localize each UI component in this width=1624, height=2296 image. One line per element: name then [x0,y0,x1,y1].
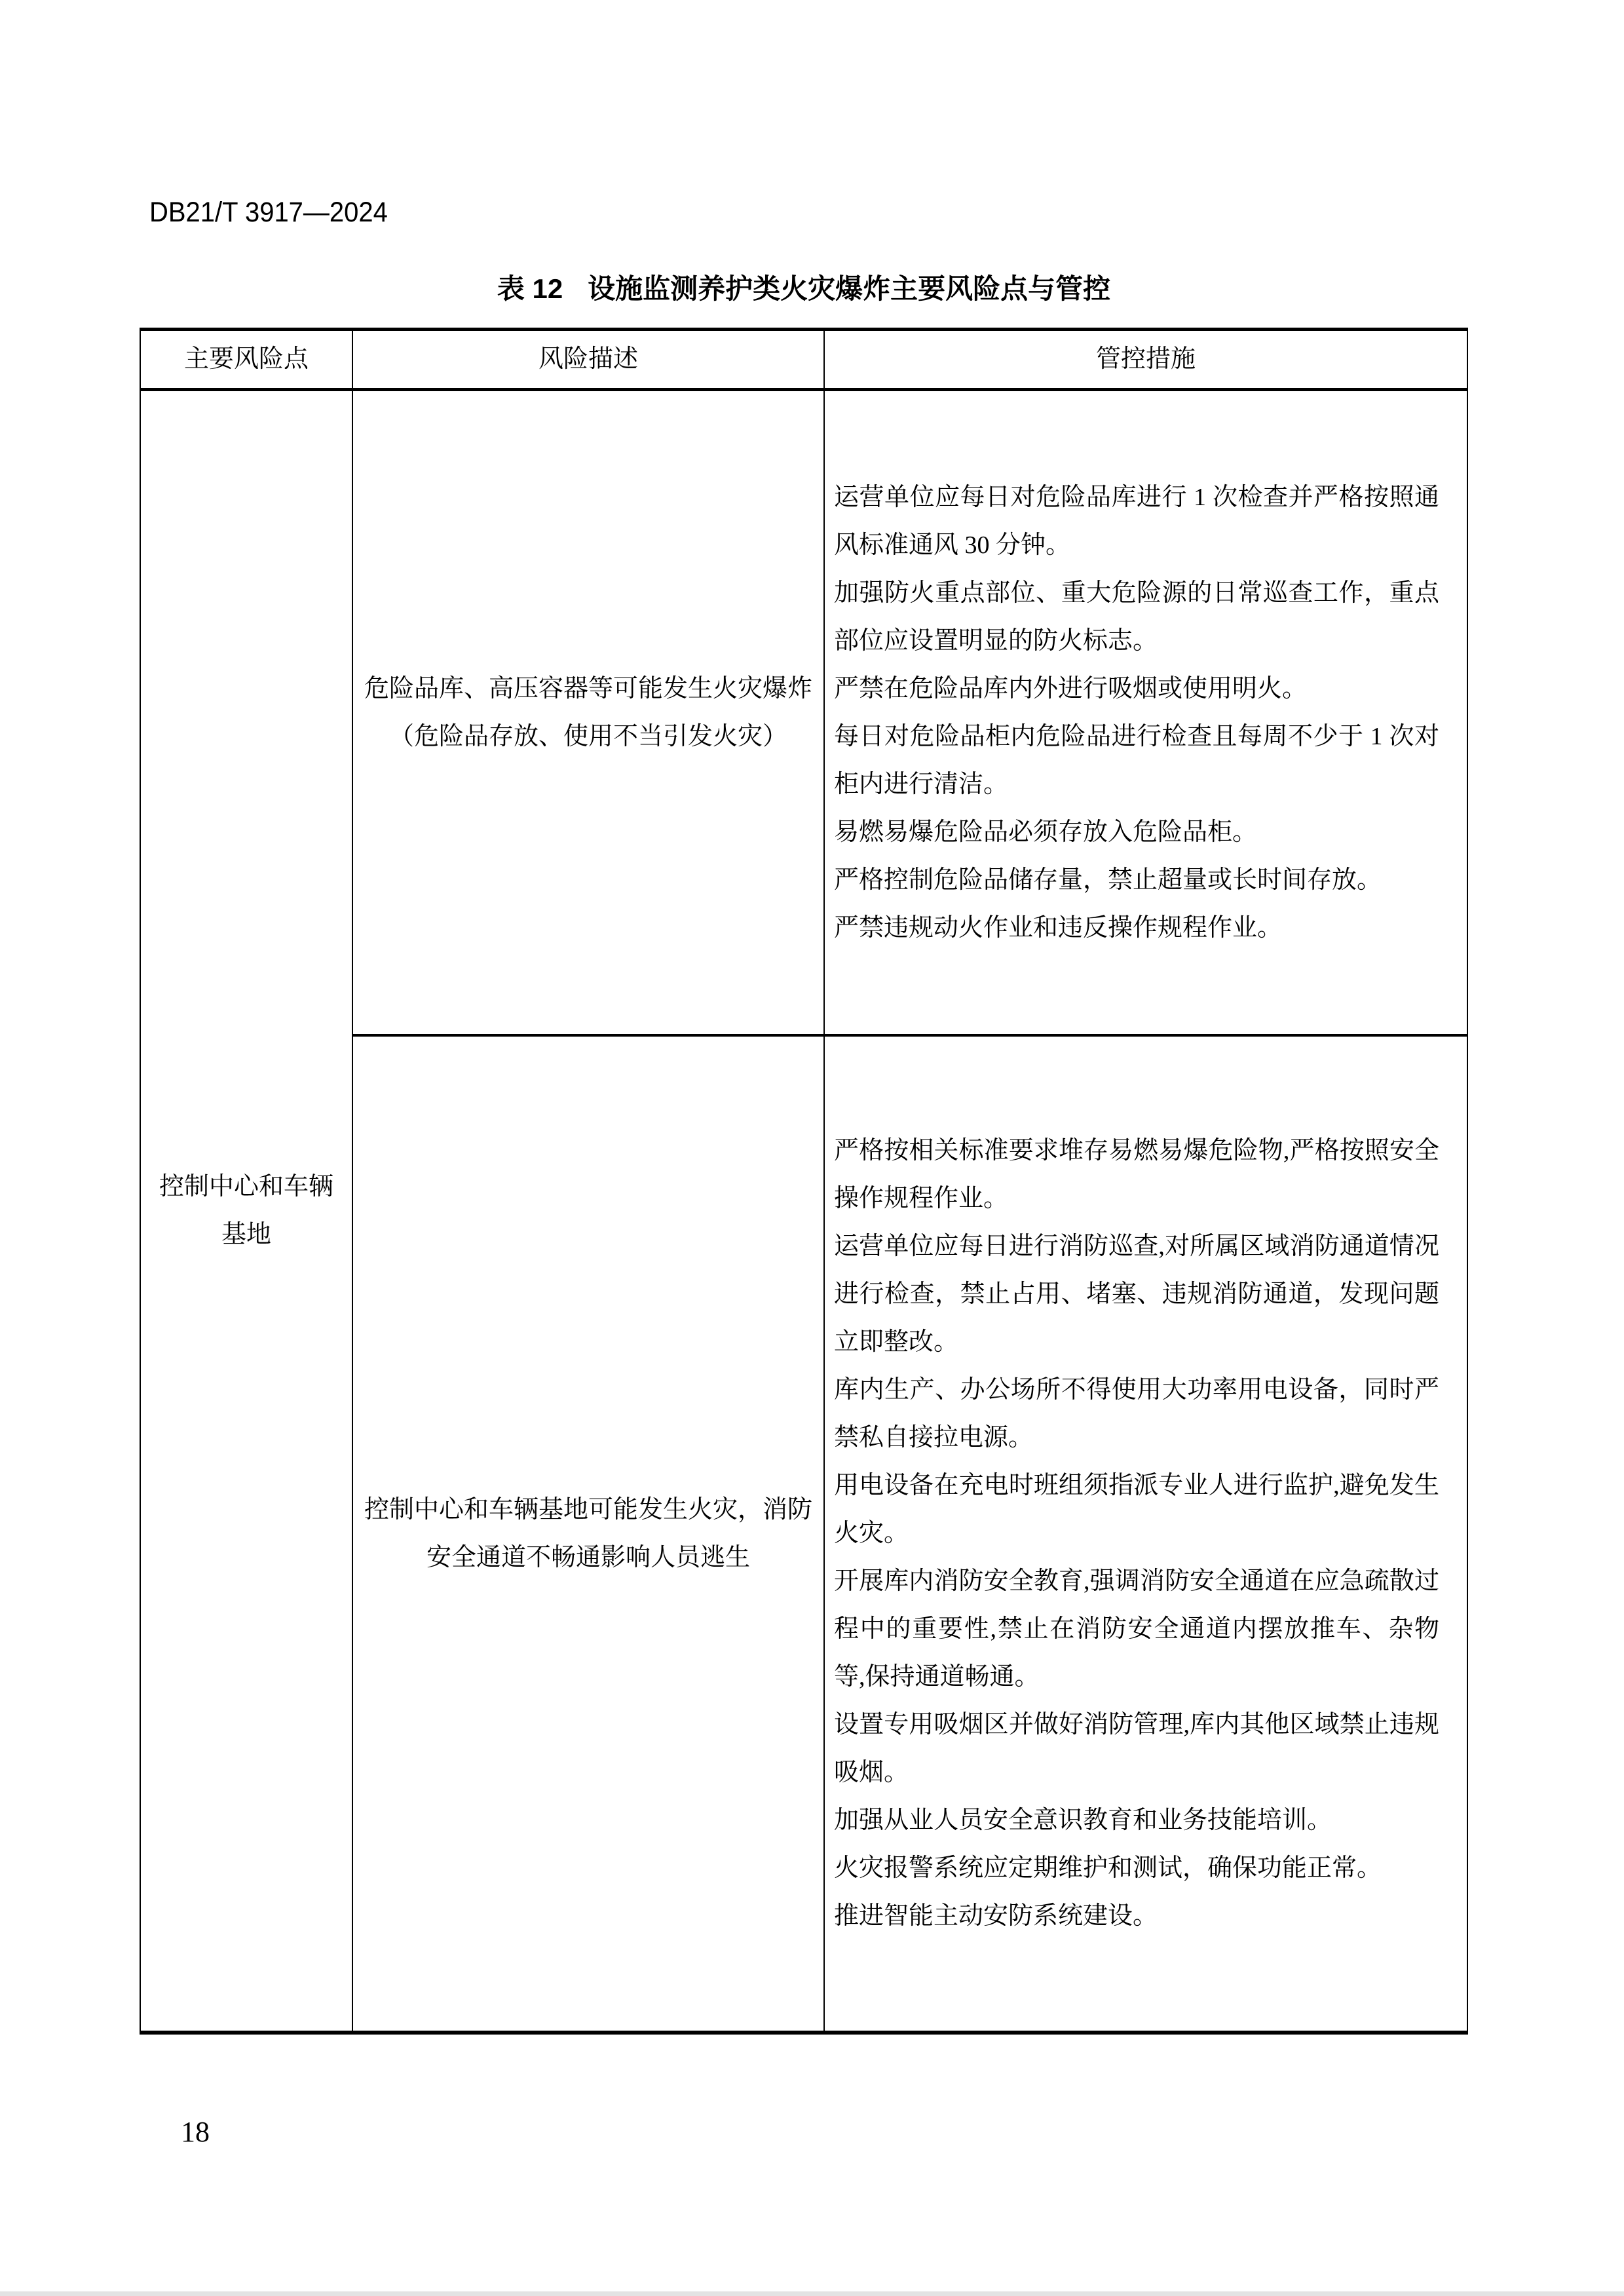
measure-item: 库内生产、办公场所不得使用大功率用电设备，同时严禁私自接拉电源。 [834,1366,1439,1462]
measure-item: 推进智能主动安防系统建设。 [834,1892,1439,1940]
measure-item: 运营单位应每日进行消防巡查,对所属区域消防通道情况进行检查，禁止占用、堵塞、违规… [834,1223,1439,1366]
measure-item: 加强从业人员安全意识教育和业务技能培训。 [834,1797,1439,1845]
measure-item: 加强防火重点部位、重大危险源的日常巡查工作，重点部位应设置明显的防火标志。 [834,569,1439,665]
table-caption-label: 表 12 [497,273,563,304]
measure-item: 严格控制危险品储存量，禁止超量或长时间存放。 [834,856,1439,904]
measure-item: 设置专用吸烟区并做好消防管理,库内其他区域禁止违规吸烟。 [834,1701,1439,1797]
measure-item: 开展库内消防安全教育,强调消防安全通道在应急疏散过程中的重要性,禁止在消防安全通… [834,1558,1439,1701]
table-caption-title: 设施监测养护类火灾爆炸主要风险点与管控 [588,273,1110,304]
document-page: DB21/T 3917—2024 表 12设施监测养护类火灾爆炸主要风险点与管控… [0,0,1624,2296]
control-measures-cell-row2: 严格按相关标准要求堆存易燃易爆危险物,严格按照安全操作规程作业。 运营单位应每日… [825,1037,1467,2031]
column-header-risk-point: 主要风险点 [141,331,353,391]
page-number: 18 [181,2115,210,2149]
column-header-measures: 管控措施 [825,331,1467,391]
measure-item: 严格按相关标准要求堆存易燃易爆危险物,严格按照安全操作规程作业。 [834,1127,1439,1223]
viewport-bottom-edge [0,2291,1624,2296]
measure-item: 运营单位应每日对危险品库进行 1 次检查并严格按照通风标准通风 30 分钟。 [834,474,1439,569]
measure-item: 每日对危险品柜内危险品进行检查且每周不少于 1 次对柜内进行清洁。 [834,713,1439,809]
measure-item: 火灾报警系统应定期维护和测试，确保功能正常。 [834,1845,1439,1892]
column-header-description: 风险描述 [353,331,825,391]
risk-control-table: 主要风险点 风险描述 管控措施 控制中心和车辆基地 危险品库、高压容器等可能发生… [140,328,1468,2035]
risk-description-cell-row2: 控制中心和车辆基地可能发生火灾，消防安全通道不畅通影响人员逃生 [353,1037,825,2031]
risk-point-cell: 控制中心和车辆基地 [141,391,353,2031]
measure-item: 严禁违规动火作业和违反操作规程作业。 [834,904,1439,952]
doc-standard-number: DB21/T 3917—2024 [149,197,388,229]
control-measures-cell-row1: 运营单位应每日对危险品库进行 1 次检查并严格按照通风标准通风 30 分钟。 加… [825,391,1467,1037]
measure-item: 易燃易爆危险品必须存放入危险品柜。 [834,809,1439,856]
measure-item: 用电设备在充电时班组须指派专业人进行监护,避免发生火灾。 [834,1462,1439,1558]
risk-description-cell-row1: 危险品库、高压容器等可能发生火灾爆炸（危险品存放、使用不当引发火灾） [353,391,825,1037]
table-caption: 表 12设施监测养护类火灾爆炸主要风险点与管控 [140,267,1468,307]
measure-item: 严禁在危险品库内外进行吸烟或使用明火。 [834,665,1439,713]
